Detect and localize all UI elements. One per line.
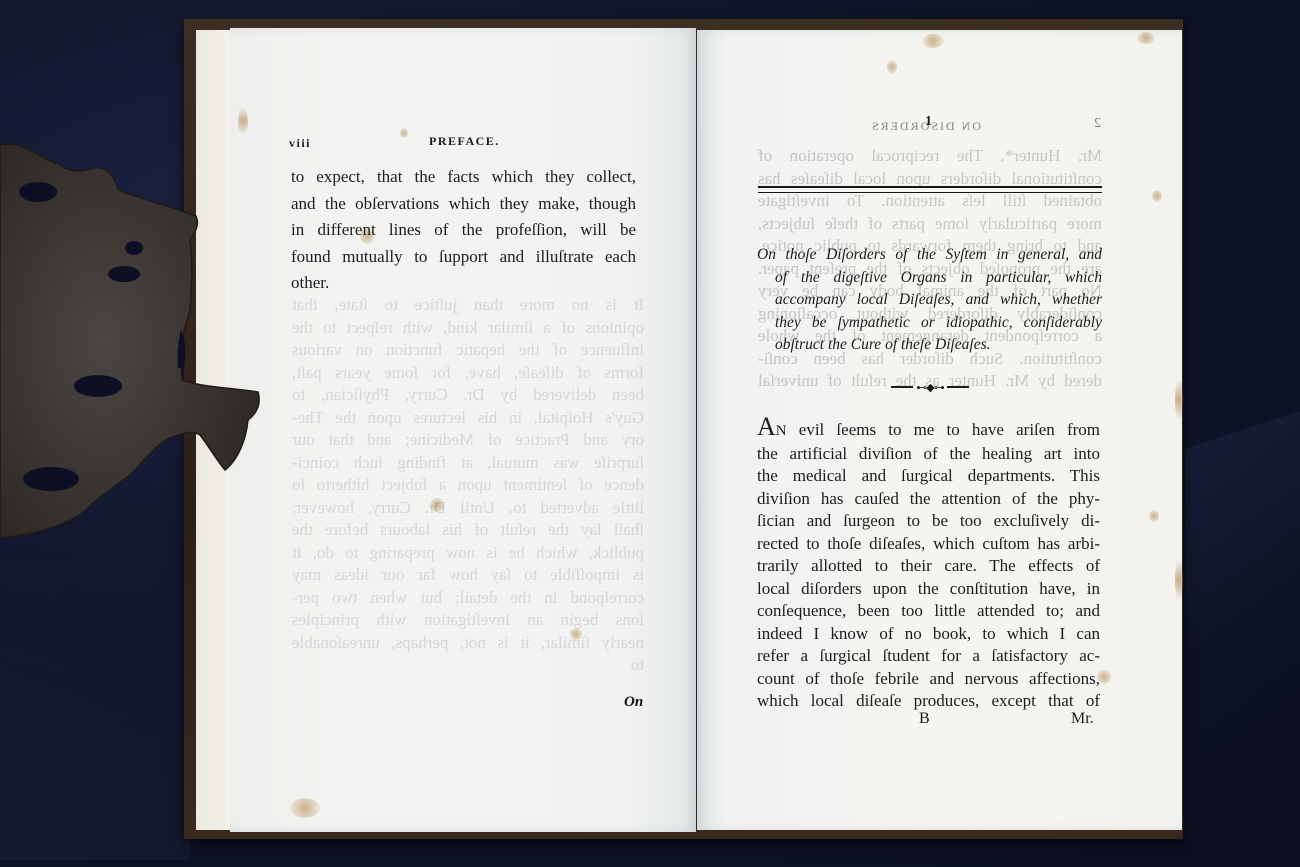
cloth-fold: [0, 560, 190, 860]
text-line: found mutually to ſupport and illuſtrate…: [291, 244, 636, 271]
double-rule-divider: [758, 186, 1102, 193]
ornament-bar: [947, 386, 969, 388]
text-line: ſician and ſurgeon to be too excluſively…: [757, 510, 1100, 533]
text-line: rected to thoſe diſeaſes, which cuſtom h…: [757, 533, 1100, 556]
right-page-body: AN evil ſeems to me to have ariſen from …: [757, 414, 1100, 713]
metal-bookmark[interactable]: [0, 140, 262, 540]
text-line: count of thoſe febrile and nervous affec…: [757, 668, 1100, 691]
text-line: and the obſervations which they make, th…: [291, 191, 636, 218]
signature-mark: B: [919, 710, 930, 728]
text-line: indeed I know of no book, to which I can: [757, 623, 1100, 646]
text-line: the medical and ſurgical departments. Th…: [757, 465, 1100, 488]
drop-cap: A: [757, 412, 776, 441]
text-line: to expect, that the facts which they col…: [291, 164, 636, 191]
left-page-body: to expect, that the facts which they col…: [291, 164, 636, 297]
chapter-title: On thoſe Diſorders of the Syſtem in gene…: [757, 244, 1102, 357]
right-catchword: Mr.: [1071, 710, 1094, 728]
right-page-number: 1: [925, 114, 934, 130]
left-page-number: viii: [289, 136, 311, 151]
text-line: trarily allotted to their care. The effe…: [757, 555, 1100, 578]
text-line: conſequence, been too little attended to…: [757, 600, 1100, 623]
cloth-fold: [1185, 411, 1300, 648]
text-line: in different lines of the profeſſion, wi…: [291, 217, 636, 244]
ornament-bar: [891, 386, 913, 388]
first-text-line: AN evil ſeems to me to have ariſen from: [757, 414, 1100, 443]
text-line: refer a ſurgical ſtudent for a ſatisfact…: [757, 645, 1100, 668]
text-line: the artificial diviſion of the healing a…: [757, 443, 1100, 466]
ornament-glyph: ⊷◆⊶: [916, 381, 943, 394]
left-catchword: On: [624, 694, 643, 711]
text-line: local diſorders upon the conſtitution ha…: [757, 578, 1100, 601]
right-show-through-page-number: 2: [1094, 113, 1101, 136]
text-line: other.: [291, 270, 636, 297]
text-line: diviſion has cauſed the attention of the…: [757, 488, 1100, 511]
ornament-divider: ⊷◆⊶: [880, 380, 980, 394]
left-page-show-through: It is no more than juſtice to ſtate, tha…: [292, 294, 644, 677]
left-running-head: PREFACE.: [429, 134, 500, 149]
